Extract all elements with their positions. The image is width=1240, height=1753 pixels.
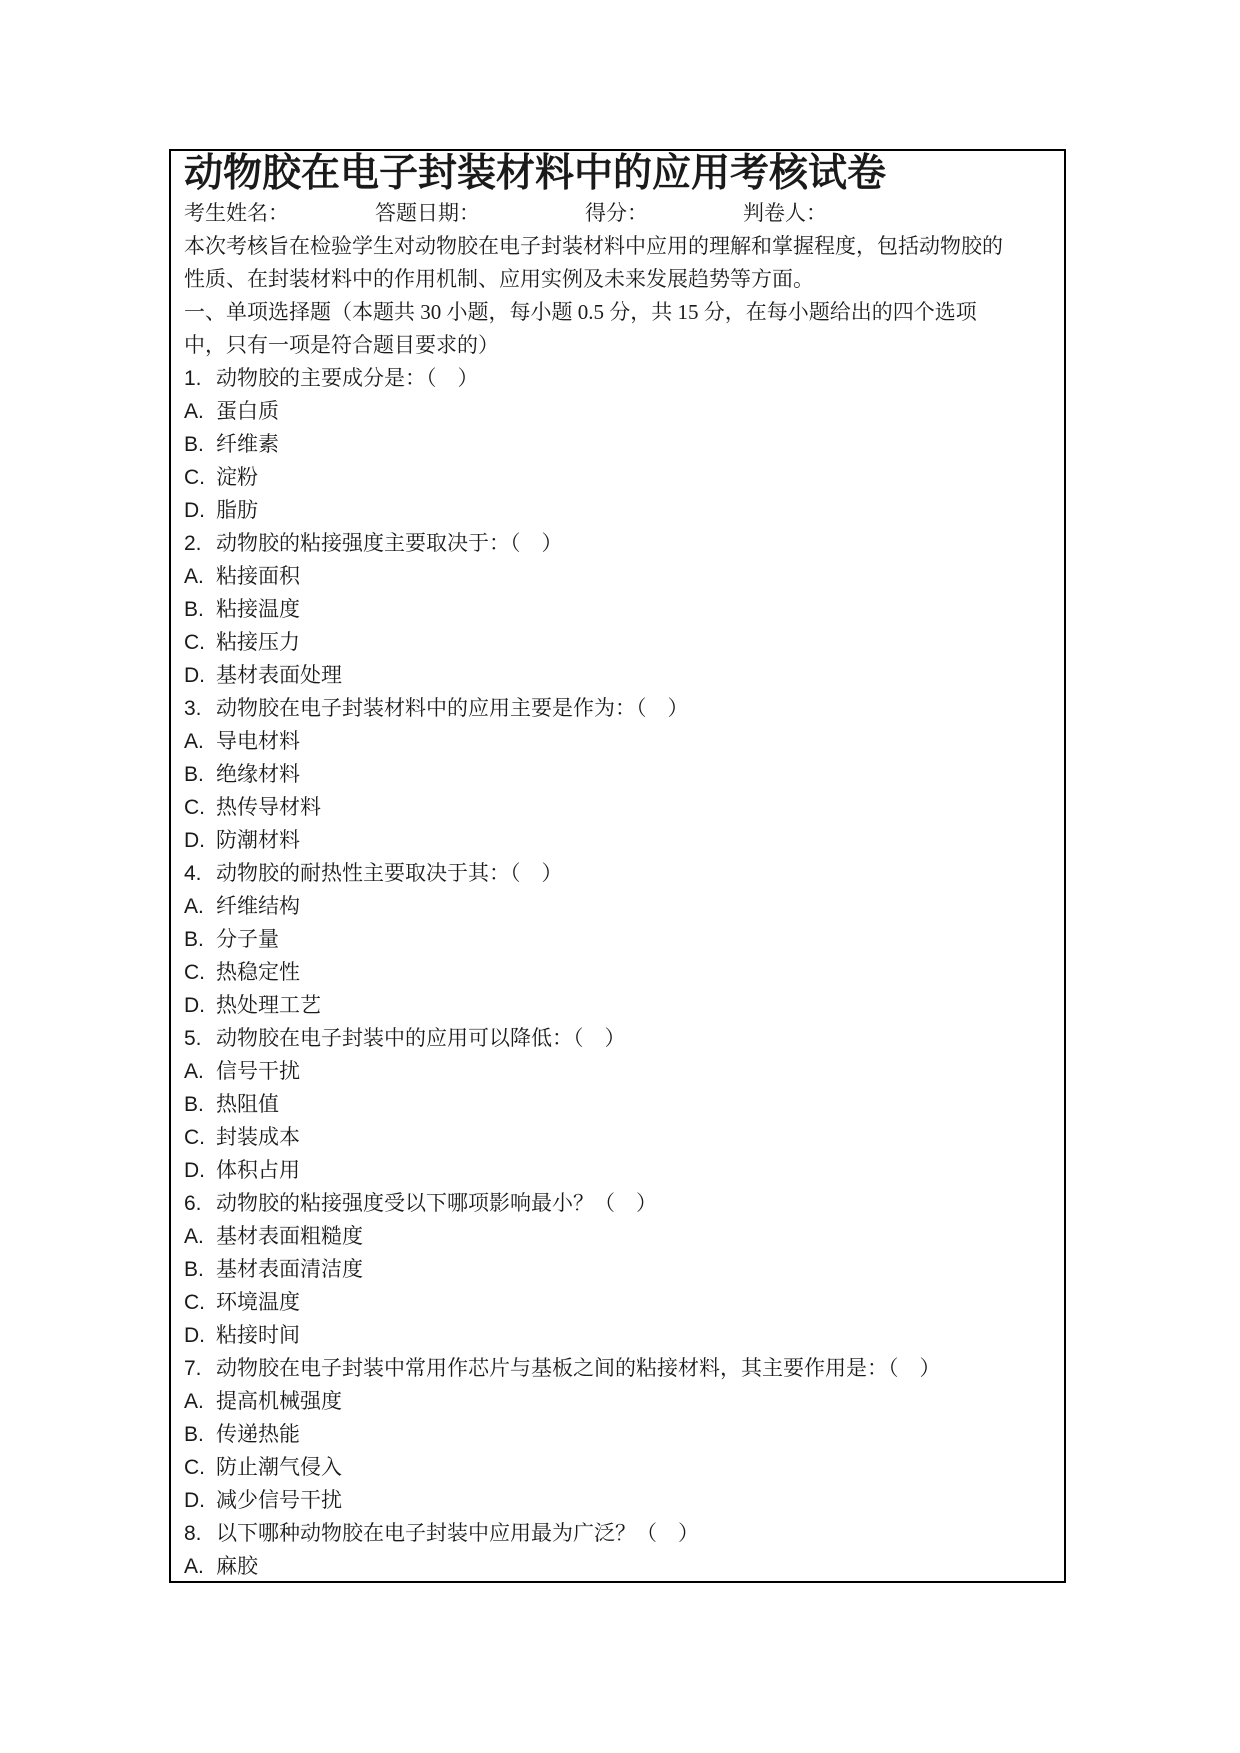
option-letter: B.	[184, 923, 216, 956]
question-1-option-D: D.脂肪	[184, 494, 1051, 527]
exam-paper: 动物胶在电子封装材料中的应用考核试卷 考生姓名： 答题日期： 得分： 判卷人： …	[169, 149, 1066, 1583]
question-2-option-D: D.基材表面处理	[184, 659, 1051, 692]
question-number: 8.	[184, 1517, 216, 1550]
option-text: 减少信号干扰	[216, 1488, 342, 1512]
option-letter: C.	[184, 791, 216, 824]
description-line: 性质、在封装材料中的作用机制、应用实例及未来发展趋势等方面。	[184, 263, 1051, 296]
option-text: 导电材料	[216, 729, 300, 753]
option-text: 热稳定性	[216, 960, 300, 984]
option-text: 淀粉	[216, 465, 258, 489]
option-text: 分子量	[216, 927, 279, 951]
section-heading: 一、单项选择题（本题共 30 小题，每小题 0.5 分，共 15 分，在每小题给…	[184, 296, 1051, 362]
option-letter: D.	[184, 659, 216, 692]
option-text: 防止潮气侵入	[216, 1455, 342, 1479]
option-text: 基材表面处理	[216, 663, 342, 687]
question-8-option-A: A.麻胶	[184, 1550, 1051, 1583]
option-letter: B.	[184, 1418, 216, 1451]
question-7-option-D: D.减少信号干扰	[184, 1484, 1051, 1517]
question-5: 5.动物胶在电子封装中的应用可以降低：（ ）	[184, 1022, 1051, 1055]
question-number: 7.	[184, 1352, 216, 1385]
page-title: 动物胶在电子封装材料中的应用考核试卷	[184, 151, 1051, 197]
question-6-option-C: C.环境温度	[184, 1286, 1051, 1319]
question-text: 动物胶的耐热性主要取决于其：（ ）	[216, 861, 563, 885]
option-letter: A.	[184, 560, 216, 593]
question-8: 8.以下哪种动物胶在电子封装中应用最为广泛？（ ）	[184, 1517, 1051, 1550]
question-3-option-C: C.热传导材料	[184, 791, 1051, 824]
question-2-option-A: A.粘接面积	[184, 560, 1051, 593]
question-3-option-A: A.导电材料	[184, 725, 1051, 758]
question-3-option-B: B.绝缘材料	[184, 758, 1051, 791]
question-4-option-C: C.热稳定性	[184, 956, 1051, 989]
question-text: 以下哪种动物胶在电子封装中应用最为广泛？（ ）	[216, 1521, 699, 1545]
option-letter: D.	[184, 989, 216, 1022]
option-letter: B.	[184, 1088, 216, 1121]
answer-date-label: 答题日期：	[375, 197, 585, 230]
option-letter: D.	[184, 1484, 216, 1517]
option-text: 基材表面清洁度	[216, 1257, 363, 1281]
question-text: 动物胶的粘接强度受以下哪项影响最小？（ ）	[216, 1191, 657, 1215]
question-7-option-C: C.防止潮气侵入	[184, 1451, 1051, 1484]
score-label: 得分：	[585, 197, 743, 230]
option-letter: C.	[184, 1286, 216, 1319]
option-letter: B.	[184, 758, 216, 791]
question-1-option-C: C.淀粉	[184, 461, 1051, 494]
option-letter: A.	[184, 1385, 216, 1418]
option-text: 提高机械强度	[216, 1389, 342, 1413]
question-2: 2.动物胶的粘接强度主要取决于：（ ）	[184, 527, 1051, 560]
question-2-option-C: C.粘接压力	[184, 626, 1051, 659]
question-number: 2.	[184, 527, 216, 560]
option-letter: C.	[184, 1121, 216, 1154]
question-text: 动物胶在电子封装中常用作芯片与基板之间的粘接材料，其主要作用是：（ ）	[216, 1356, 941, 1380]
question-text: 动物胶的粘接强度主要取决于：（ ）	[216, 531, 563, 555]
option-text: 粘接时间	[216, 1323, 300, 1347]
question-6-option-D: D.粘接时间	[184, 1319, 1051, 1352]
option-letter: C.	[184, 956, 216, 989]
question-2-option-B: B.粘接温度	[184, 593, 1051, 626]
option-letter: B.	[184, 1253, 216, 1286]
question-7: 7.动物胶在电子封装中常用作芯片与基板之间的粘接材料，其主要作用是：（ ）	[184, 1352, 1051, 1385]
question-5-option-D: D.体积占用	[184, 1154, 1051, 1187]
question-6-option-A: A.基材表面粗糙度	[184, 1220, 1051, 1253]
questions: 1.动物胶的主要成分是：（ ）A.蛋白质B.纤维素C.淀粉D.脂肪2.动物胶的粘…	[184, 362, 1051, 1583]
question-number: 3.	[184, 692, 216, 725]
option-letter: A.	[184, 890, 216, 923]
option-text: 体积占用	[216, 1158, 300, 1182]
question-4-option-B: B.分子量	[184, 923, 1051, 956]
option-letter: C.	[184, 461, 216, 494]
option-text: 封装成本	[216, 1125, 300, 1149]
option-text: 环境温度	[216, 1290, 300, 1314]
section-heading-line: 中，只有一项是符合题目要求的）	[184, 329, 1051, 362]
question-4-option-A: A.纤维结构	[184, 890, 1051, 923]
option-letter: A.	[184, 1550, 216, 1583]
option-letter: D.	[184, 824, 216, 857]
option-letter: C.	[184, 626, 216, 659]
option-text: 纤维结构	[216, 894, 300, 918]
option-text: 脂肪	[216, 498, 258, 522]
option-letter: B.	[184, 428, 216, 461]
question-4-option-D: D.热处理工艺	[184, 989, 1051, 1022]
question-3-option-D: D.防潮材料	[184, 824, 1051, 857]
option-text: 粘接温度	[216, 597, 300, 621]
option-text: 热处理工艺	[216, 993, 321, 1017]
option-text: 信号干扰	[216, 1059, 300, 1083]
option-text: 绝缘材料	[216, 762, 300, 786]
question-number: 4.	[184, 857, 216, 890]
question-text: 动物胶在电子封装材料中的应用主要是作为：（ ）	[216, 696, 689, 720]
option-text: 粘接面积	[216, 564, 300, 588]
question-number: 1.	[184, 362, 216, 395]
option-letter: D.	[184, 494, 216, 527]
option-letter: B.	[184, 593, 216, 626]
candidate-name-label: 考生姓名：	[184, 197, 375, 230]
option-letter: D.	[184, 1319, 216, 1352]
question-5-option-C: C.封装成本	[184, 1121, 1051, 1154]
exam-description: 本次考核旨在检验学生对动物胶在电子封装材料中应用的理解和掌握程度，包括动物胶的 …	[184, 230, 1051, 296]
question-7-option-A: A.提高机械强度	[184, 1385, 1051, 1418]
option-text: 基材表面粗糙度	[216, 1224, 363, 1248]
option-text: 纤维素	[216, 432, 279, 456]
description-line: 本次考核旨在检验学生对动物胶在电子封装材料中应用的理解和掌握程度，包括动物胶的	[184, 230, 1051, 263]
option-text: 热阻值	[216, 1092, 279, 1116]
option-letter: C.	[184, 1451, 216, 1484]
question-4: 4.动物胶的耐热性主要取决于其：（ ）	[184, 857, 1051, 890]
option-letter: D.	[184, 1154, 216, 1187]
option-text: 粘接压力	[216, 630, 300, 654]
option-letter: A.	[184, 395, 216, 428]
question-text: 动物胶的主要成分是：（ ）	[216, 366, 479, 390]
question-1: 1.动物胶的主要成分是：（ ）	[184, 362, 1051, 395]
question-number: 5.	[184, 1022, 216, 1055]
option-letter: A.	[184, 725, 216, 758]
question-5-option-A: A.信号干扰	[184, 1055, 1051, 1088]
header-fields-row: 考生姓名： 答题日期： 得分： 判卷人：	[184, 197, 1051, 230]
question-7-option-B: B.传递热能	[184, 1418, 1051, 1451]
option-text: 麻胶	[216, 1554, 258, 1578]
question-text: 动物胶在电子封装中的应用可以降低：（ ）	[216, 1026, 626, 1050]
option-text: 传递热能	[216, 1422, 300, 1446]
question-3: 3.动物胶在电子封装材料中的应用主要是作为：（ ）	[184, 692, 1051, 725]
question-6: 6.动物胶的粘接强度受以下哪项影响最小？（ ）	[184, 1187, 1051, 1220]
option-letter: A.	[184, 1220, 216, 1253]
question-number: 6.	[184, 1187, 216, 1220]
option-text: 蛋白质	[216, 399, 279, 423]
section-heading-line: 一、单项选择题（本题共 30 小题，每小题 0.5 分，共 15 分，在每小题给…	[184, 296, 1051, 329]
question-1-option-A: A.蛋白质	[184, 395, 1051, 428]
option-letter: A.	[184, 1055, 216, 1088]
question-5-option-B: B.热阻值	[184, 1088, 1051, 1121]
question-1-option-B: B.纤维素	[184, 428, 1051, 461]
option-text: 热传导材料	[216, 795, 321, 819]
question-6-option-B: B.基材表面清洁度	[184, 1253, 1051, 1286]
grader-label: 判卷人：	[743, 197, 827, 230]
option-text: 防潮材料	[216, 828, 300, 852]
